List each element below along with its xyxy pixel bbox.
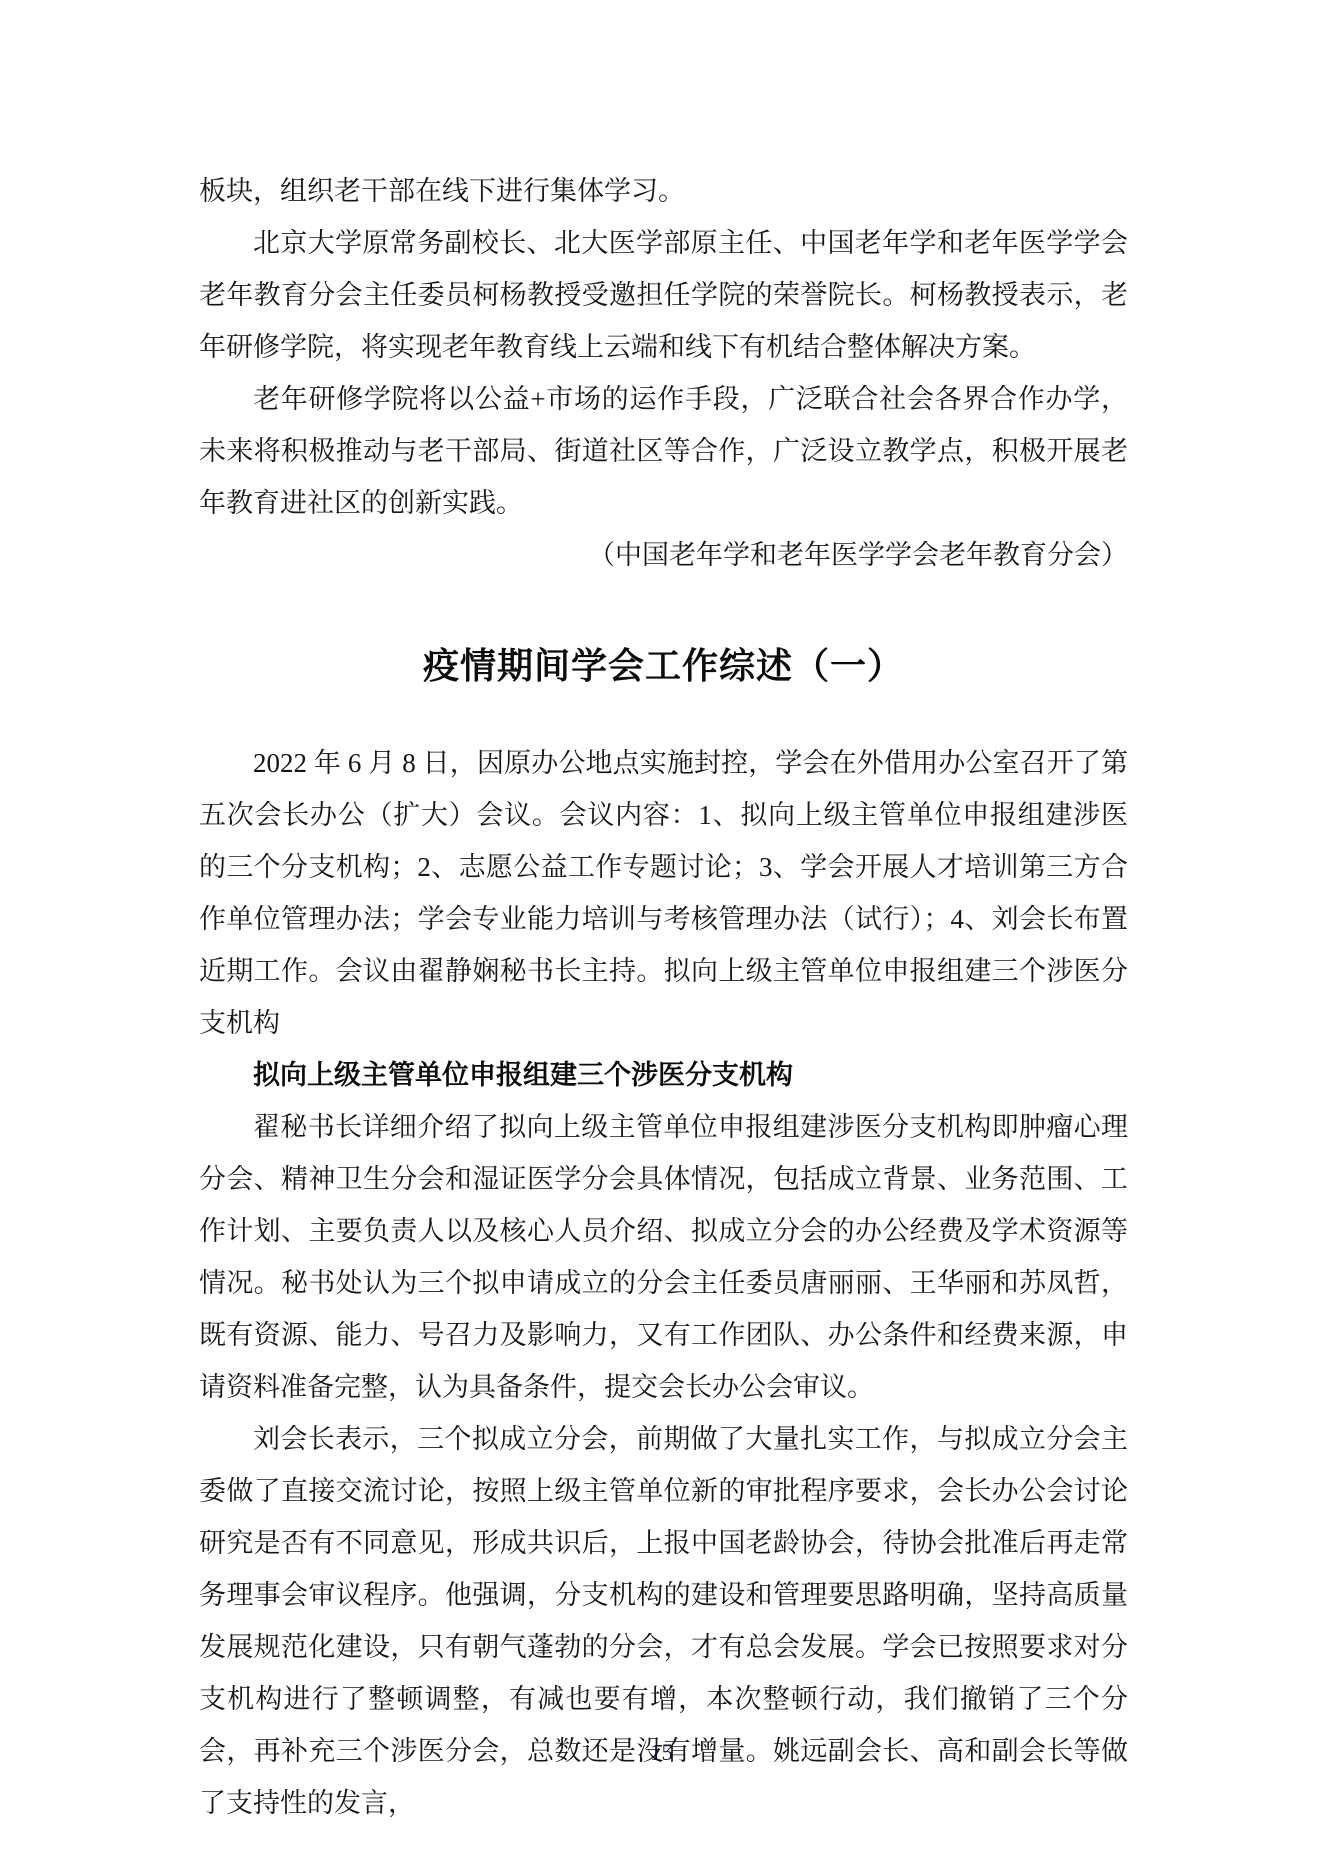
section-heading: 疫情期间学会工作综述（一） — [199, 637, 1128, 695]
subheading-medical-branches: 拟向上级主管单位申报组建三个涉医分支机构 — [199, 1049, 1128, 1101]
paragraph-zhai: 翟秘书长详细介绍了拟向上级主管单位申报组建涉医分支机构即肿瘤心理分会、精神卫生分… — [199, 1101, 1128, 1413]
page-number: 15 — [0, 1738, 1323, 1768]
paragraph-keyang: 北京大学原常务副校长、北大医学部原主任、中国老年学和老年医学学会老年教育分会主任… — [199, 217, 1128, 373]
attribution-line: （中国老年学和老年医学学会老年教育分会） — [199, 529, 1128, 581]
paragraph-school: 老年研修学院将以公益+市场的运作手段，广泛联合社会各界合作办学，未来将积极推动与… — [199, 373, 1128, 529]
paragraph-meeting: 2022 年 6 月 8 日，因原办公地点实施封控，学会在外借用办公室召开了第五… — [199, 737, 1128, 1049]
document-body: 板块，组织老干部在线下进行集体学习。 北京大学原常务副校长、北大医学部原主任、中… — [199, 165, 1128, 1829]
paragraph-continuation: 板块，组织老干部在线下进行集体学习。 — [199, 165, 1128, 217]
document-page: 板块，组织老干部在线下进行集体学习。 北京大学原常务副校长、北大医学部原主任、中… — [0, 0, 1323, 1871]
